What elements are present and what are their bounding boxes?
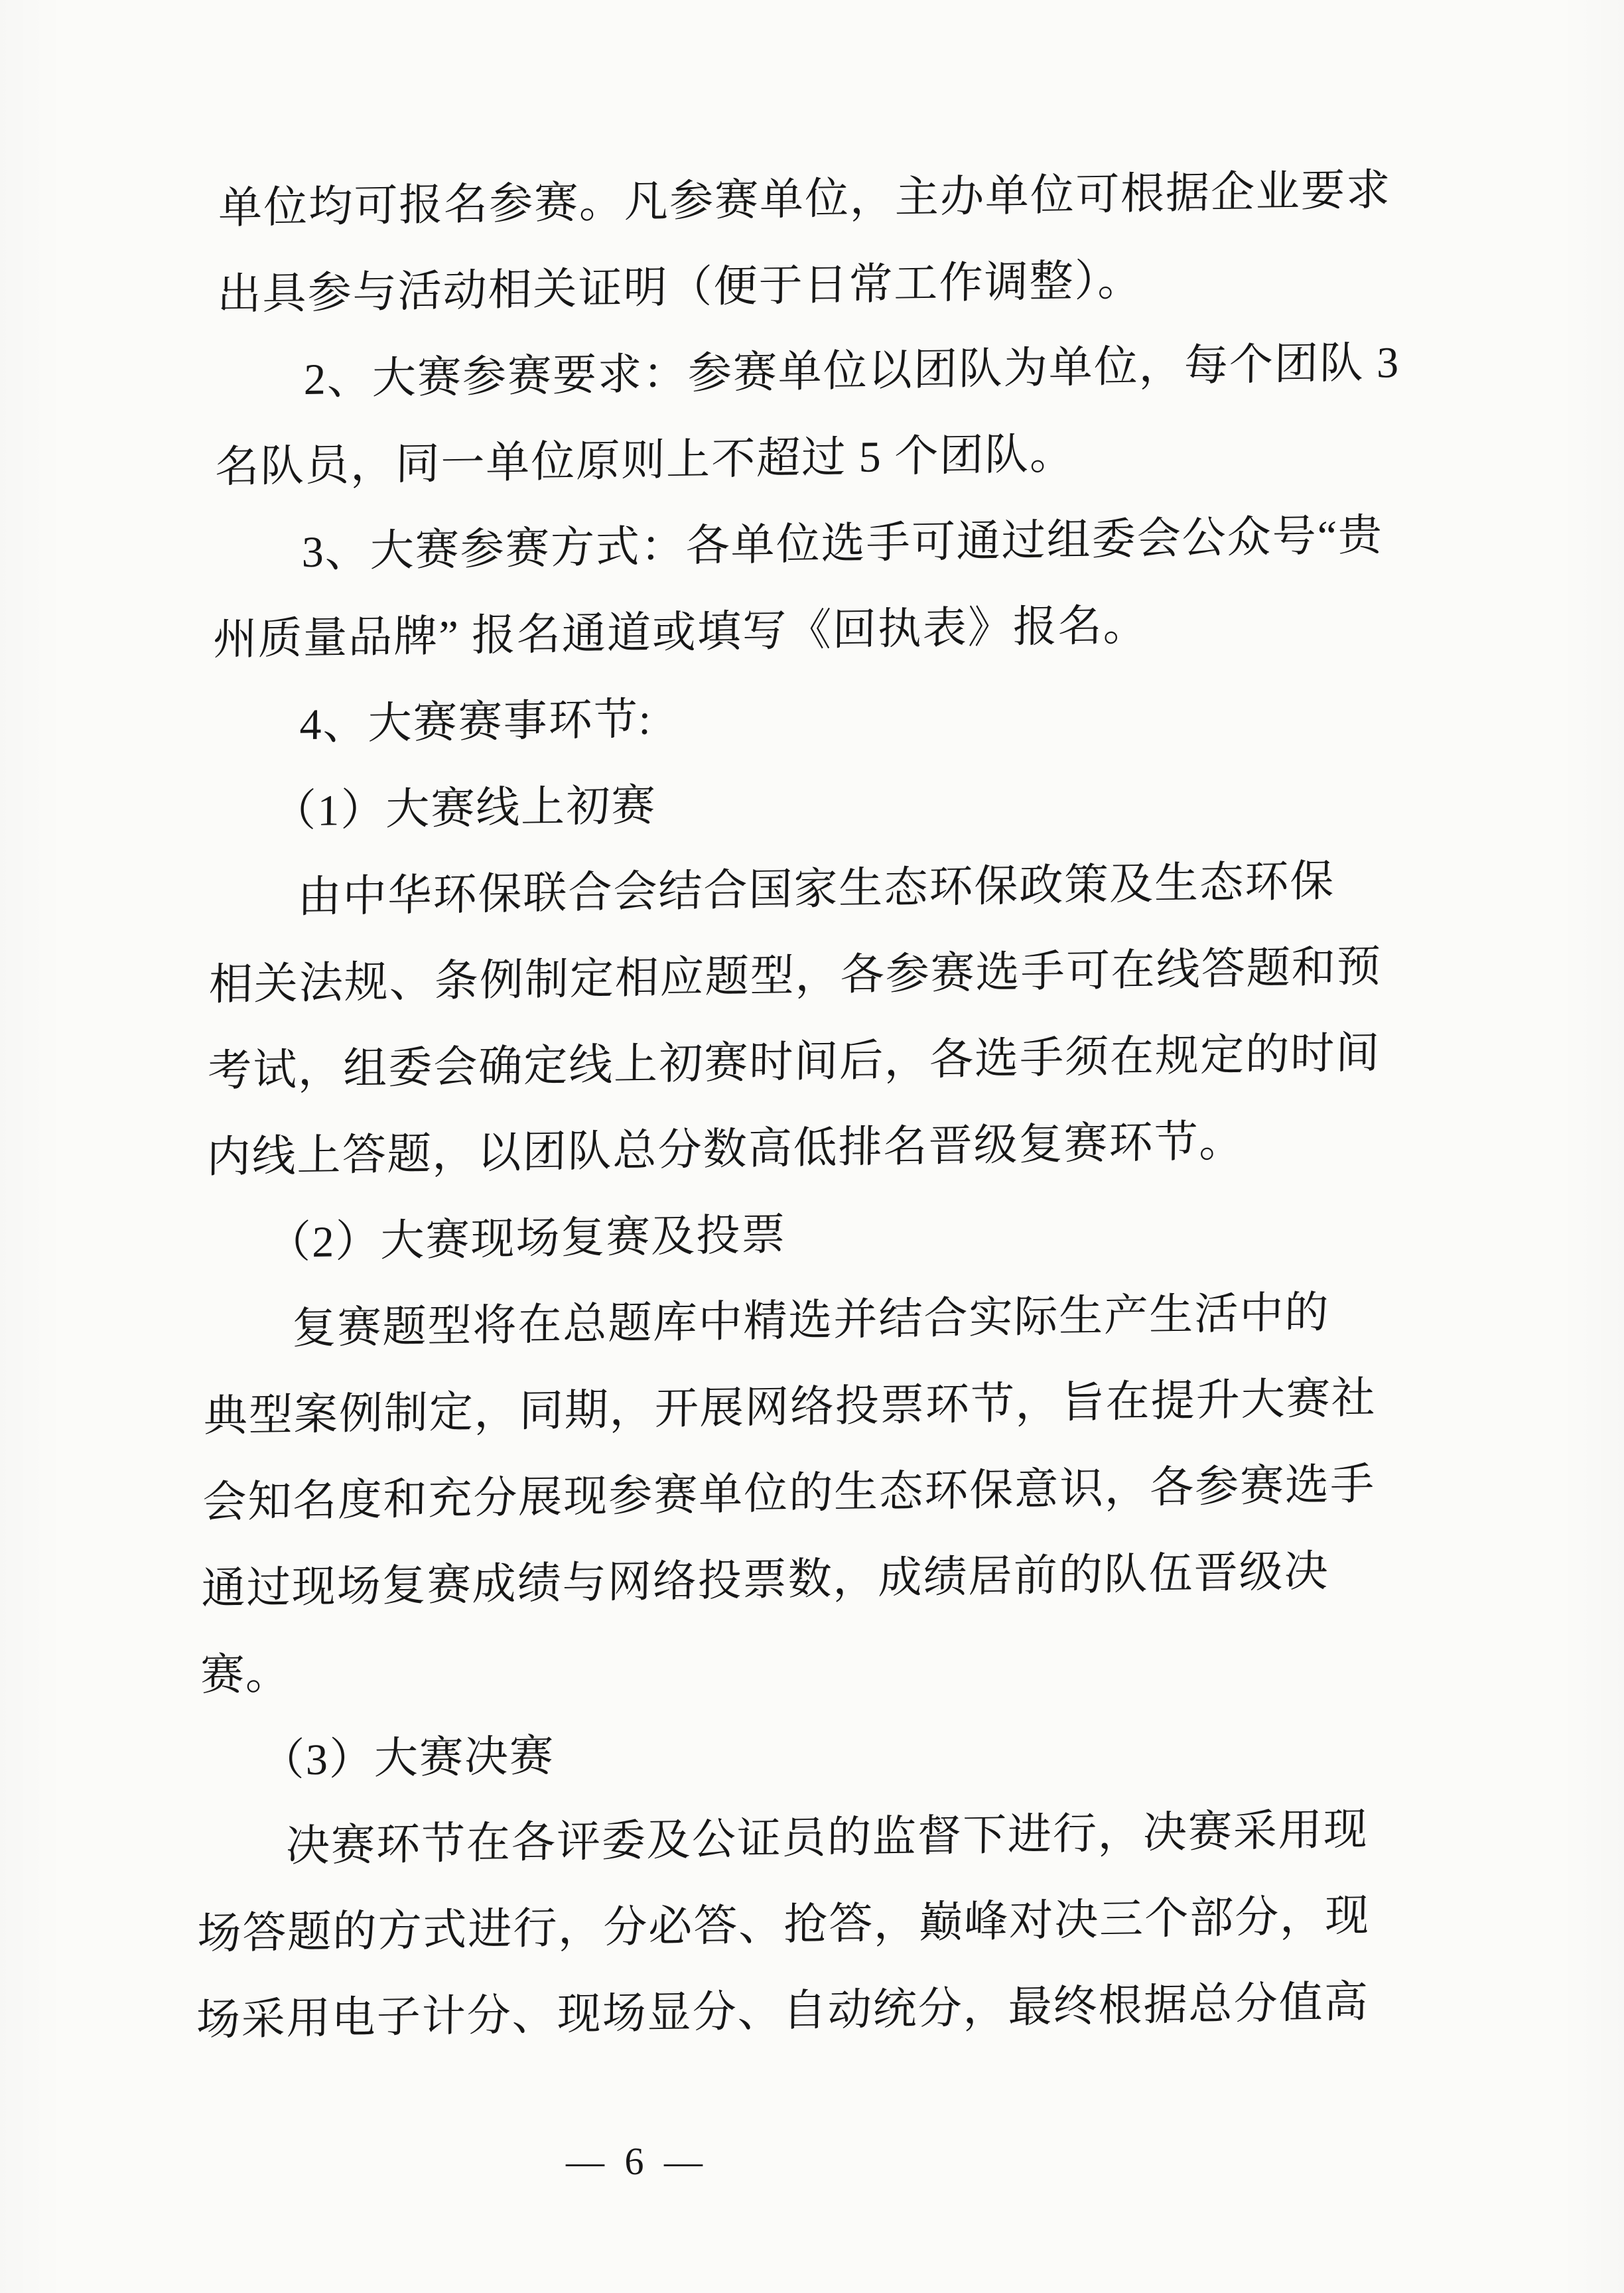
- document-body: 单位均可报名参赛。凡参赛单位，主办单位可根据企业要求出具参与活动相关证明（便于日…: [196, 147, 1400, 2064]
- page-number: — 6 —: [511, 2142, 763, 2182]
- scanned-document-page: 单位均可报名参赛。凡参赛单位，主办单位可根据企业要求出具参与活动相关证明（便于日…: [0, 0, 1624, 2293]
- text-line: 场采用电子计分、现场显分、自动统分，最终根据总分值高: [196, 1959, 1377, 2064]
